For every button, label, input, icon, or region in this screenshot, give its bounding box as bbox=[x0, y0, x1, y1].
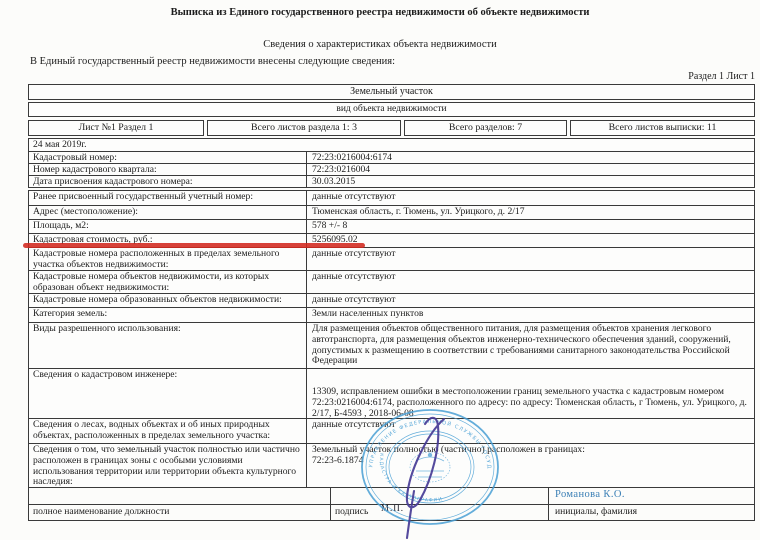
table-row: Категория земель: Земли населенных пункт… bbox=[29, 307, 754, 322]
position-caption: полное наименование должности bbox=[29, 505, 331, 520]
row-label: Площадь, м2: bbox=[29, 220, 307, 233]
object-type-caption: вид объекта недвижимости bbox=[28, 102, 755, 117]
row-label: Дата присвоения кадастрового номера: bbox=[29, 176, 307, 187]
table-row: Кадастровые номера расположенных в преде… bbox=[29, 247, 754, 270]
page-subtitle: Сведения о характеристиках объекта недви… bbox=[0, 39, 760, 50]
row-value: Земельный участок полностью (частично) р… bbox=[307, 444, 754, 487]
document-page: Выписка из Единого государственного реес… bbox=[0, 0, 760, 540]
intro-text: В Единый государственный реестр недвижим… bbox=[30, 56, 395, 67]
table-row: Виды разрешенного использования: Для раз… bbox=[29, 322, 754, 368]
seal-mark: М.П. bbox=[381, 503, 404, 513]
date-row: 24 мая 2019г. bbox=[29, 139, 754, 151]
row-label: Кадастровый номер: bbox=[29, 152, 307, 163]
table-row: Дата присвоения кадастрового номера: 30.… bbox=[29, 175, 754, 187]
zone-statement: Земельный участок полностью (частично) р… bbox=[312, 445, 749, 456]
table-row: Кадастровый номер: 72:23:0216004:6174 bbox=[29, 151, 754, 163]
row-label: Сведения о кадастровом инженере: bbox=[29, 369, 307, 418]
table-row: Площадь, м2: 578 +/- 8 bbox=[29, 219, 754, 233]
row-label: Кадастровые номера расположенных в преде… bbox=[29, 248, 307, 270]
table-row: Сведения о лесах, водных объектах и об и… bbox=[29, 418, 754, 443]
sheet-info-cell: Лист №1 Раздел 1 bbox=[28, 120, 204, 136]
row-label: Кадастровые номера объектов недвижимости… bbox=[29, 271, 307, 293]
red-highlight-marker bbox=[23, 243, 365, 248]
name-caption: инициалы, фамилия bbox=[549, 505, 754, 520]
row-value: данные отсутствуют bbox=[307, 271, 754, 293]
row-value: Земли населенных пунктов bbox=[307, 308, 754, 322]
row-label: Номер кадастрового квартала: bbox=[29, 164, 307, 175]
row-label: Сведения о том, что земельный участок по… bbox=[29, 444, 307, 487]
object-details-table: Ранее присвоенный государственный учетны… bbox=[28, 190, 755, 488]
row-label: Адрес (местоположение): bbox=[29, 206, 307, 219]
table-row: Сведения о кадастровом инженере: 13309, … bbox=[29, 368, 754, 418]
zone-number: 72:23-6.1874 bbox=[312, 456, 749, 467]
sheet-info-row: Лист №1 Раздел 1 Всего листов раздела 1:… bbox=[28, 120, 755, 136]
table-row: Ранее присвоенный государственный учетны… bbox=[29, 191, 754, 205]
row-value: 72:23:0216004 bbox=[307, 164, 754, 175]
row-value: данные отсутствуют bbox=[307, 294, 754, 307]
table-row: Сведения о том, что земельный участок по… bbox=[29, 443, 754, 487]
row-value: данные отсутствуют bbox=[307, 419, 754, 443]
row-value: 13309, исправлением ошибки в местоположе… bbox=[307, 369, 754, 418]
table-row: Кадастровые номера объектов недвижимости… bbox=[29, 270, 754, 293]
row-value: 5256095.02 bbox=[307, 234, 754, 247]
row-value: данные отсутствуют bbox=[307, 248, 754, 270]
row-label: Категория земель: bbox=[29, 308, 307, 322]
page-title: Выписка из Единого государственного реес… bbox=[0, 7, 760, 18]
sheet-info-cell: Всего листов раздела 1: 3 bbox=[207, 120, 401, 136]
position-field bbox=[29, 488, 331, 504]
sheet-info-cell: Всего листов выписки: 11 bbox=[570, 120, 755, 136]
section-sheet-label: Раздел 1 Лист 1 bbox=[28, 71, 755, 82]
signee-name: Романова К.О. bbox=[549, 488, 754, 504]
table-row: Номер кадастрового квартала: 72:23:02160… bbox=[29, 163, 754, 175]
object-type: Земельный участок bbox=[28, 84, 755, 100]
table-row: Кадастровые номера образованных объектов… bbox=[29, 293, 754, 307]
row-label: Виды разрешенного использования: bbox=[29, 323, 307, 368]
cadastral-id-table: 24 мая 2019г. Кадастровый номер: 72:23:0… bbox=[28, 138, 755, 188]
row-label: Сведения о лесах, водных объектах и об и… bbox=[29, 419, 307, 443]
row-value: 30.03.2015 bbox=[307, 176, 754, 187]
row-value: Для размещения объектов общественного пи… bbox=[307, 323, 754, 368]
row-value: 578 +/- 8 bbox=[307, 220, 754, 233]
sign-caption: подпись bbox=[331, 505, 549, 520]
table-row: Адрес (местоположение): Тюменская област… bbox=[29, 205, 754, 219]
sheet-info-cell: Всего разделов: 7 bbox=[404, 120, 567, 136]
signature-field bbox=[331, 488, 549, 504]
row-value: данные отсутствуют bbox=[307, 191, 754, 205]
row-value: Тюменская область, г. Тюмень, ул. Урицко… bbox=[307, 206, 754, 219]
row-label: Ранее присвоенный государственный учетны… bbox=[29, 191, 307, 205]
row-label: Кадастровые номера образованных объектов… bbox=[29, 294, 307, 307]
row-value: 72:23:0216004:6174 bbox=[307, 152, 754, 163]
